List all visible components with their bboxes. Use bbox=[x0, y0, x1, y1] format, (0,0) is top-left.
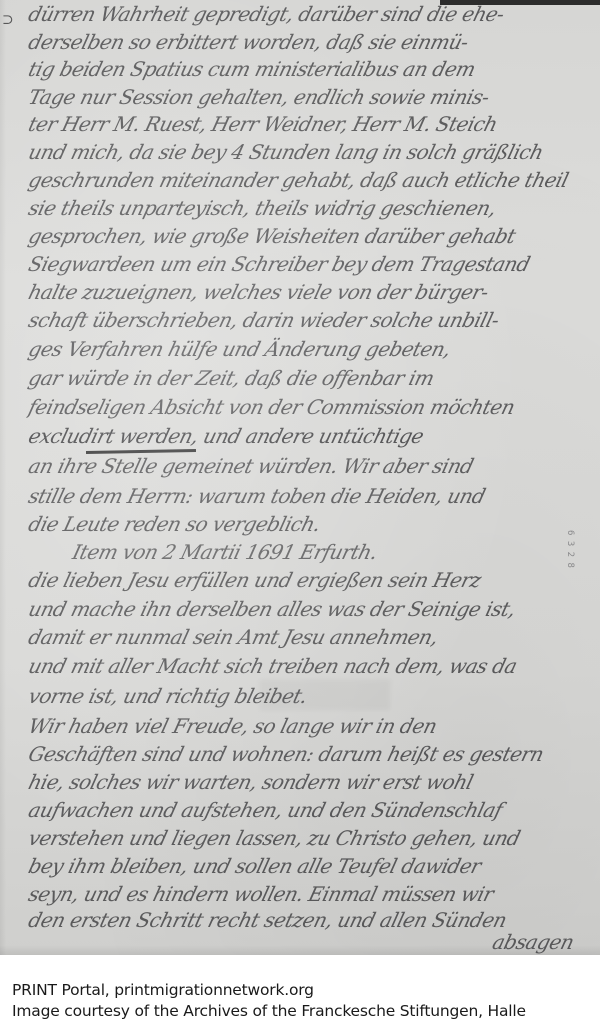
catchword: absagen bbox=[490, 930, 596, 954]
manuscript-line: schaft überschrieben, darin wieder solch… bbox=[26, 308, 592, 332]
manuscript-line: den ersten Schritt recht setzen, und all… bbox=[26, 908, 592, 932]
manuscript-line: verstehen und liegen lassen, zu Christo … bbox=[26, 826, 592, 850]
manuscript-line: geschrunden miteinander gehabt, daß auch… bbox=[26, 168, 592, 192]
manuscript-line: gesprochen, wie große Weisheiten darüber… bbox=[26, 224, 592, 248]
manuscript-line: und mit aller Macht sich treiben nach de… bbox=[26, 654, 592, 678]
manuscript-line: Tage nur Session gehalten, endlich sowie… bbox=[26, 85, 592, 109]
manuscript-line: und mache ihn derselben alles was der Se… bbox=[26, 597, 592, 621]
manuscript-line: gar würde in der Zeit, daß die offenbar … bbox=[26, 366, 592, 390]
manuscript-line: Wir haben viel Freude, so lange wir in d… bbox=[26, 714, 592, 738]
manuscript-scan: ⊃ dürren Wahrheit gepredigt, darüber sin… bbox=[0, 0, 600, 955]
manuscript-line: damit er nunmal sein Amt Jesu annehmen, bbox=[26, 625, 592, 649]
manuscript-line: seyn, und es hindern wollen. Einmal müss… bbox=[26, 882, 592, 906]
manuscript-line: halte zuzueignen, welches viele von der … bbox=[26, 280, 592, 304]
manuscript-line: und mich, da sie bey 4 Stunden lang in s… bbox=[26, 140, 592, 164]
manuscript-line: die Leute reden so vergeblich. bbox=[26, 512, 592, 536]
manuscript-line: dürren Wahrheit gepredigt, darüber sind … bbox=[26, 2, 592, 26]
manuscript-line: derselben so erbittert worden, daß sie e… bbox=[26, 30, 592, 54]
manuscript-line: ges Verfahren hülfe und Änderung gebeten… bbox=[26, 337, 592, 361]
scan-left-edge-shadow bbox=[0, 0, 6, 955]
manuscript-line: excludirt werden, und andere untüchtige bbox=[26, 424, 592, 448]
margin-mark: ⊃ bbox=[2, 12, 14, 28]
manuscript-line: die lieben Jesu erfüllen und ergießen se… bbox=[26, 568, 592, 592]
entry-heading: Item von 2 Martii 1691 Erfurth. bbox=[70, 540, 600, 564]
image-caption: PRINT Portal, printmigrationnetwork.org … bbox=[12, 980, 592, 1022]
manuscript-line: bey ihm bleiben, und sollen alle Teufel … bbox=[26, 854, 592, 878]
manuscript-line: Siegwardeen um ein Schreiber bey dem Tra… bbox=[26, 252, 592, 276]
manuscript-line: Geschäften sind und wohnen: darum heißt … bbox=[26, 742, 592, 766]
manuscript-line: sie theils unparteyisch, theils widrig g… bbox=[26, 196, 592, 220]
manuscript-line: tig beiden Spatius cum ministerialibus a… bbox=[26, 57, 592, 81]
caption-credit: Image courtesy of the Archives of the Fr… bbox=[12, 1001, 592, 1022]
manuscript-line: ter Herr M. Ruest, Herr Weidner, Herr M.… bbox=[26, 112, 592, 136]
archive-stamp: 6 3 2 8 bbox=[565, 530, 575, 568]
manuscript-line: hie, solches wir warten, sondern wir ers… bbox=[26, 770, 592, 794]
manuscript-line: vorne ist, und richtig bleibet. bbox=[26, 684, 592, 708]
manuscript-line: an ihre Stelle gemeinet würden. Wir aber… bbox=[26, 454, 592, 478]
manuscript-line: stille dem Herrn: warum toben die Heiden… bbox=[26, 484, 592, 508]
manuscript-line: feindseligen Absicht von der Commission … bbox=[26, 395, 592, 419]
manuscript-line: aufwachen und aufstehen, und den Sündens… bbox=[26, 798, 592, 822]
caption-source: PRINT Portal, printmigrationnetwork.org bbox=[12, 980, 592, 1001]
